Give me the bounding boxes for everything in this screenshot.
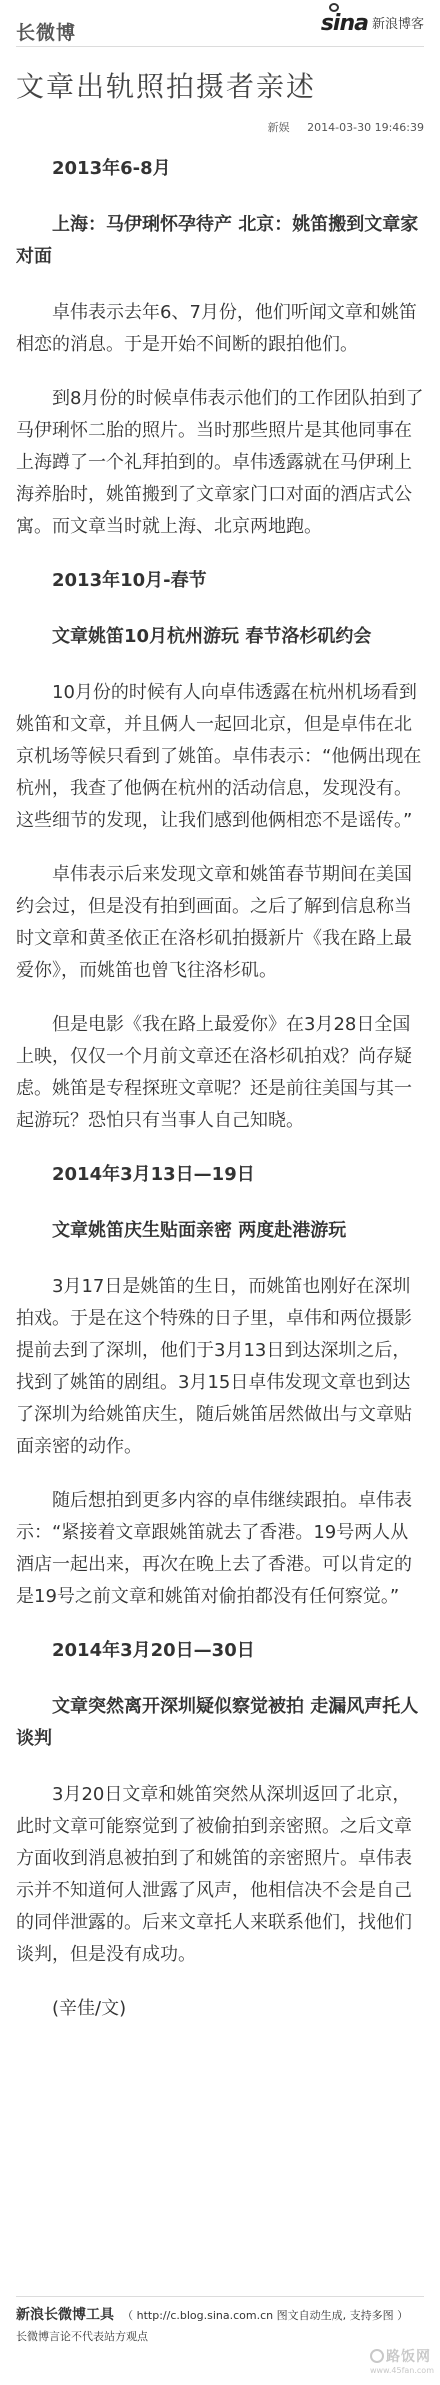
footer-tool-link[interactable]: （ http://c.blog.sina.com.cn 图文自动生成, 支持多图…: [122, 2309, 408, 2322]
article-source: 新娱: [268, 121, 290, 134]
paragraph: 3月17日是姚笛的生日，而姚笛也刚好在深圳拍戏。于是在这个特殊的日子里，卓伟和两…: [16, 1271, 424, 1463]
watermark-name: 路饭网: [386, 2346, 431, 2366]
watermark-circle-icon: [370, 2349, 384, 2363]
section-subtitle: 文章姚笛10月杭州游玩 春节洛杉矶约会: [16, 621, 424, 653]
byline: 新娱 2014-03-30 19:46:39: [16, 119, 424, 139]
paragraph: 随后想拍到更多内容的卓伟继续跟拍。卓伟表示：“紧接着文章跟姚笛就去了香港。19号…: [16, 1485, 424, 1613]
sina-eye-logo-icon: sina: [321, 12, 368, 36]
long-weibo-page: 长微博 sina 新浪博客 文章出轨照拍摄者亲述 新娱 2014-03-30 1…: [16, 0, 424, 2047]
paragraph: 到8月份的时候卓伟表示他们的工作团队拍到了马伊琍怀二胎的照片。当时那些照片是其他…: [16, 383, 424, 543]
paragraph: 但是电影《我在路上最爱你》在3月28日全国上映，仅仅一个月前文章还在洛杉矶拍戏？…: [16, 1009, 424, 1137]
footer-tool-line: 新浪长微博工具 （ http://c.blog.sina.com.cn 图文自动…: [16, 2305, 424, 2326]
logo-mark-text: sina: [321, 11, 368, 36]
paragraph: 10月份的时候有人向卓伟透露在杭州机场看到姚笛和文章，并且俩人一起回北京，但是卓…: [16, 677, 424, 837]
paragraph: 卓伟表示去年6、7月份，他们听闻文章和姚笛相恋的消息。于是开始不间断的跟拍他们。: [16, 297, 424, 361]
section-subtitle: 文章姚笛庆生贴面亲密 两度赴港游玩: [16, 1215, 424, 1247]
article-title: 文章出轨照拍摄者亲述: [16, 47, 424, 107]
article-timestamp: 2014-03-30 19:46:39: [307, 121, 424, 134]
section-date: 2013年6-8月: [16, 153, 424, 185]
author-signature: (辛佳/文): [16, 1993, 424, 2025]
section-date: 2013年10月-春节: [16, 565, 424, 597]
eye-icon: [329, 3, 339, 12]
brand-label: 长微博: [16, 18, 76, 45]
logo-text: 新浪博客: [372, 14, 424, 36]
article-body: 2013年6-8月 上海：马伊琍怀孕待产 北京：姚笛搬到文章家对面 卓伟表示去年…: [16, 153, 424, 2025]
paragraph: 卓伟表示后来发现文章和姚笛春节期间在美国约会过，但是没有拍到画面。之后了解到信息…: [16, 859, 424, 987]
page-footer: 新浪长微博工具 （ http://c.blog.sina.com.cn 图文自动…: [16, 2296, 424, 2346]
section-date: 2014年3月20日—30日: [16, 1635, 424, 1667]
watermark: 路饭网 www.45fan.com: [370, 2346, 434, 2375]
footer-disclaimer: 长微博言论不代表站方观点: [16, 2328, 424, 2346]
watermark-logo: 路饭网: [370, 2346, 434, 2366]
footer-tool-name: 新浪长微博工具: [16, 2307, 114, 2323]
section-subtitle: 上海：马伊琍怀孕待产 北京：姚笛搬到文章家对面: [16, 209, 424, 273]
paragraph: 3月20日文章和姚笛突然从深圳返回了北京，此时文章可能察觉到了被偷拍到亲密照。之…: [16, 1779, 424, 1971]
section-date: 2014年3月13日—19日: [16, 1159, 424, 1191]
section-subtitle: 文章突然离开深圳疑似察觉被拍 走漏风声托人谈判: [16, 1691, 424, 1755]
page-header: 长微博 sina 新浪博客: [16, 0, 424, 47]
watermark-url: www.45fan.com: [370, 2366, 434, 2375]
sina-blog-logo[interactable]: sina 新浪博客: [321, 12, 424, 36]
